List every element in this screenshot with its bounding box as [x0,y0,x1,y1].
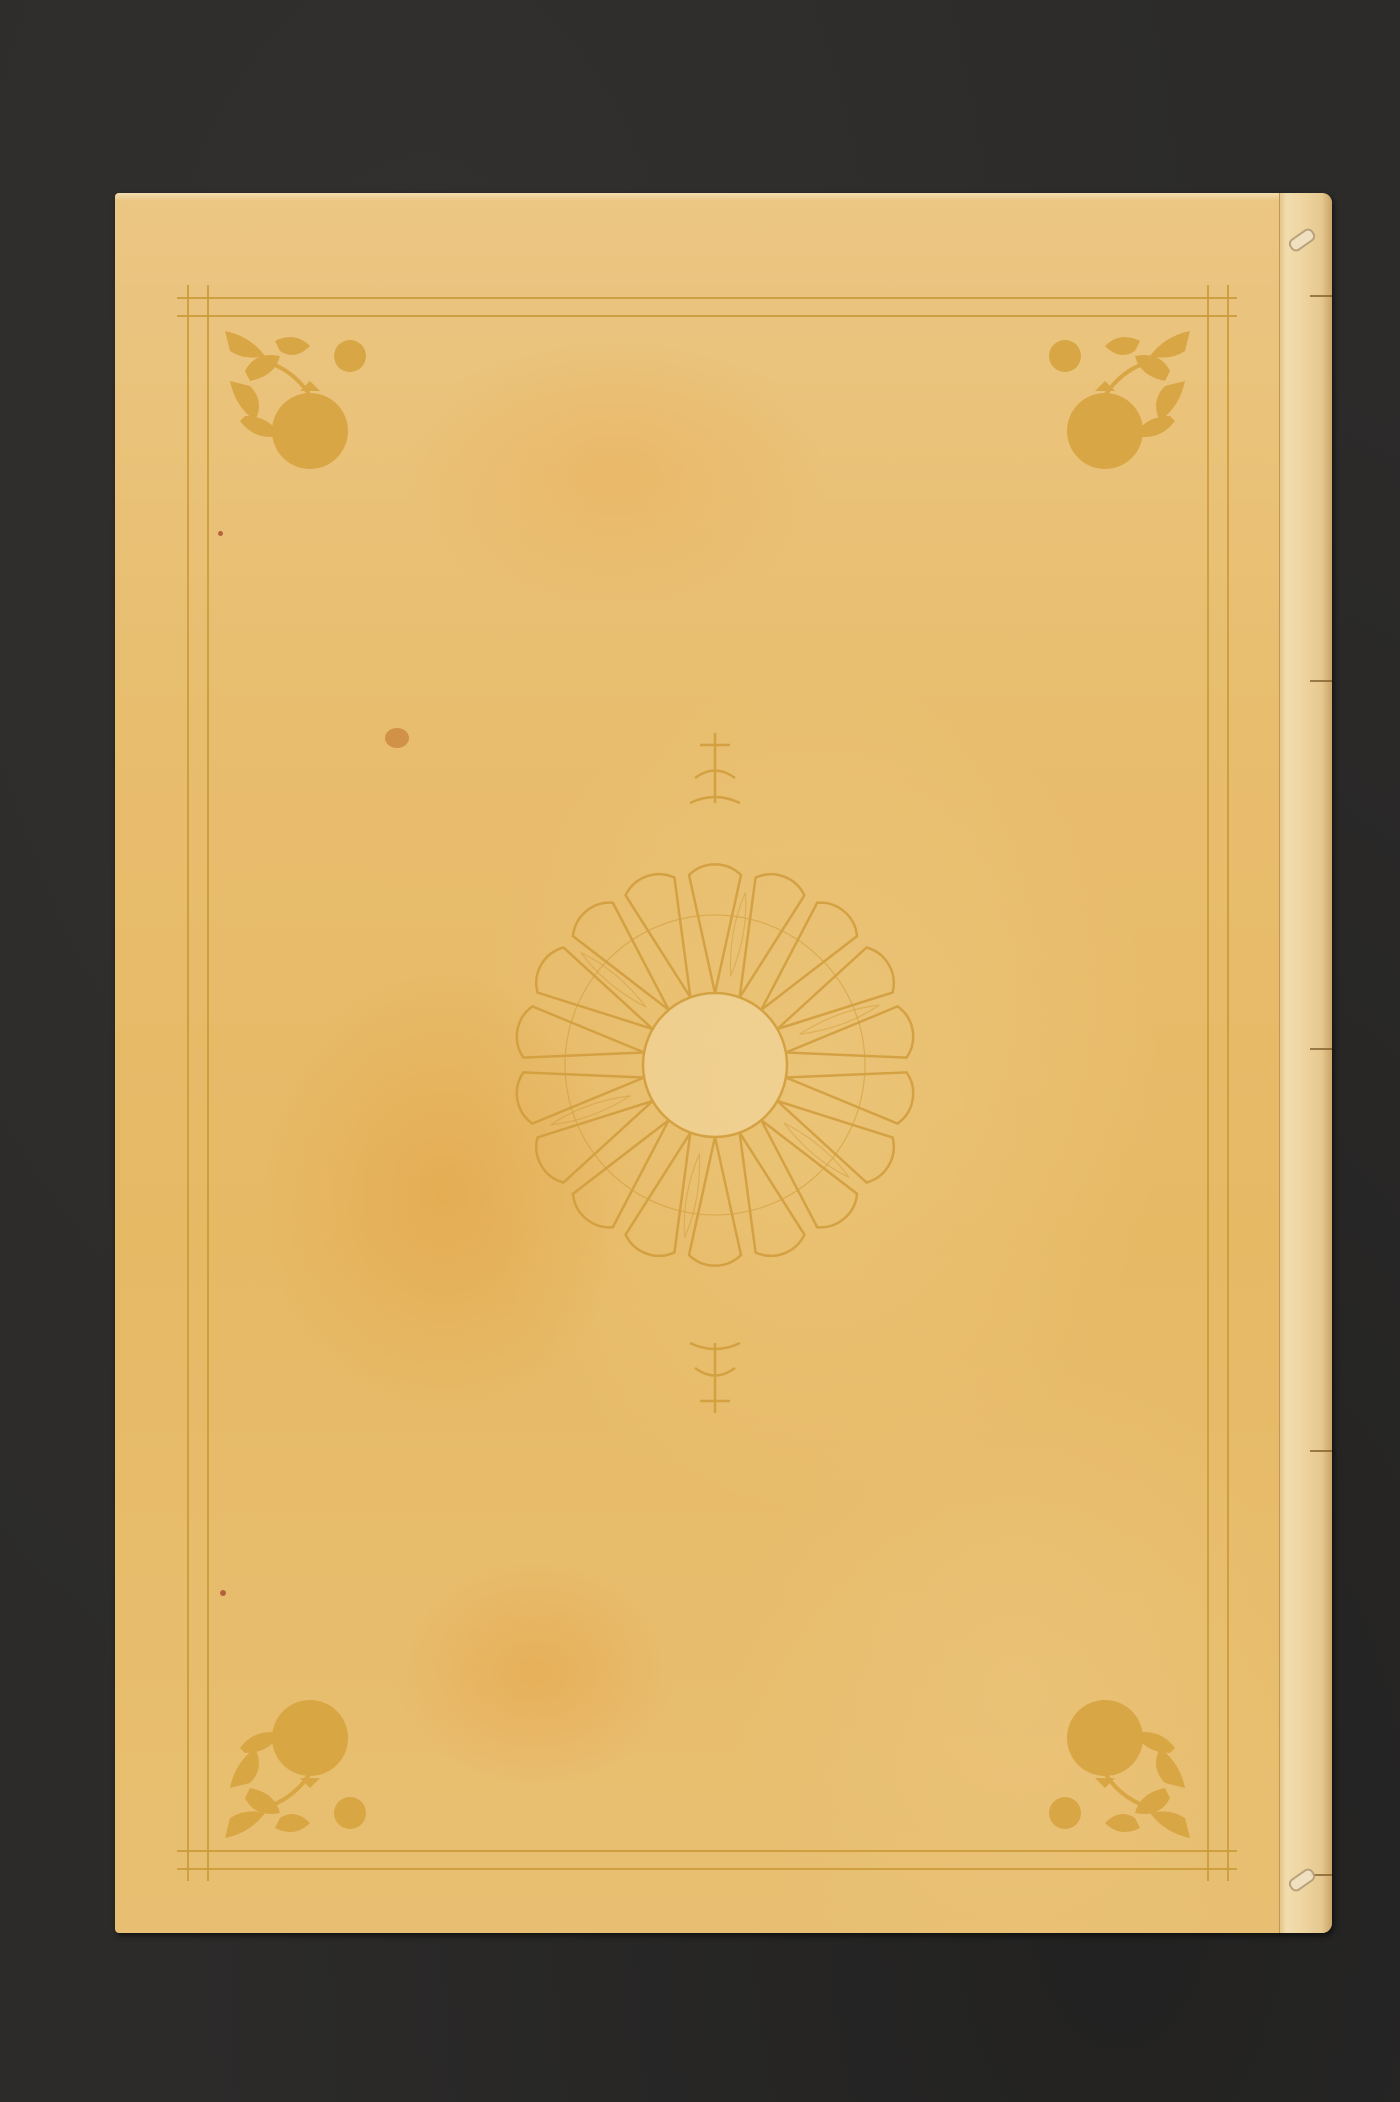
spine-band [1310,680,1332,682]
frame-line-right-outer [1227,285,1229,1881]
pomegranate-ornament-icon [215,1678,385,1848]
pomegranate-ornament-icon [1030,321,1200,491]
stain-dot [220,1590,226,1596]
pomegranate-ornament-icon [215,321,385,491]
tie-hole-bottom [1287,1866,1318,1894]
spine-band [1310,1450,1332,1452]
tie-hole-top [1287,226,1318,254]
frame-line-right-inner [1207,285,1209,1881]
frame-line-top-outer [177,297,1237,299]
frame-line-bottom-outer [177,1868,1237,1870]
spine-band [1310,295,1332,297]
book-cover: Photograph of a vellum-bound book cover … [115,193,1332,1933]
frame-line-bottom-inner [177,1850,1237,1852]
pomegranate-ornament-icon [1030,1678,1200,1848]
frame-line-left-outer [187,285,189,1881]
frame-line-left-inner [207,285,209,1881]
book-top-edge [115,193,1280,201]
rosette-medallion-icon [495,723,935,1423]
stain-spot [385,728,409,748]
book-spine [1279,193,1332,1933]
frame-line-top-inner [177,315,1237,317]
stain-dot [218,531,223,536]
spine-band [1310,1048,1332,1050]
